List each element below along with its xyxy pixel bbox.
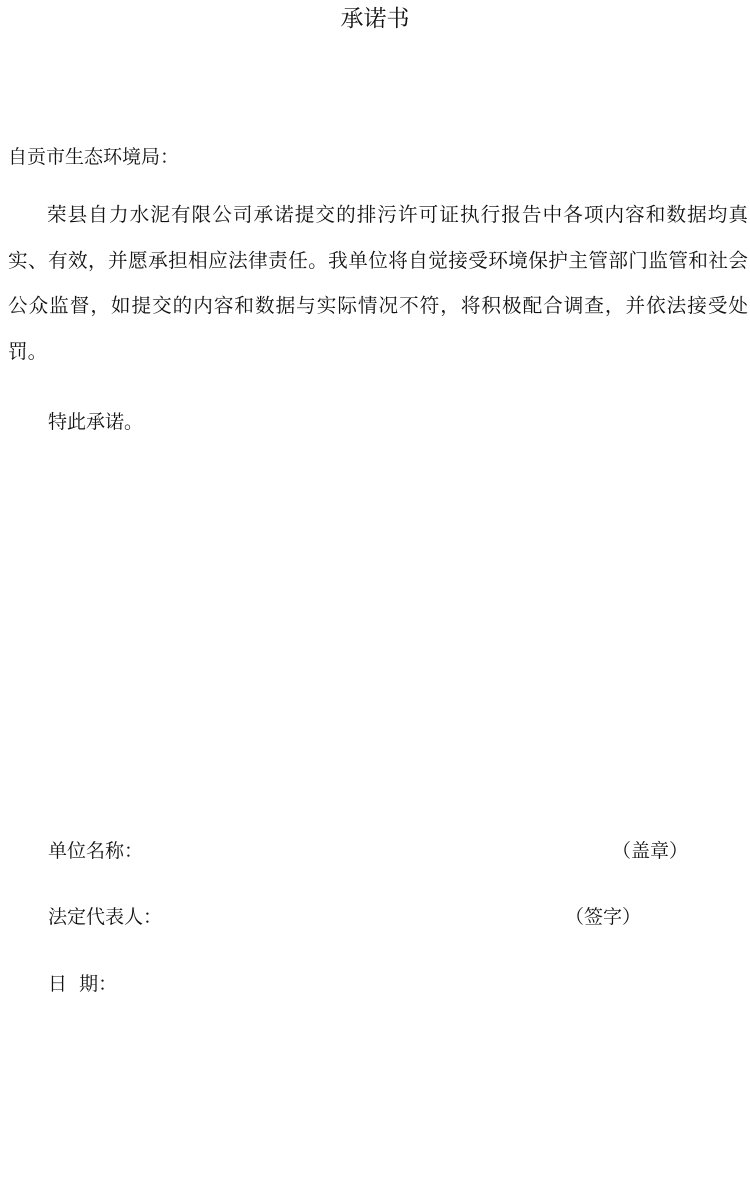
- signature-note: （签字）: [565, 903, 641, 931]
- date-label: 日 期：: [48, 970, 117, 998]
- unit-name-label: 单位名称：: [48, 837, 143, 865]
- legal-representative-label: 法定代表人：: [48, 903, 162, 931]
- seal-note: （盖章）: [612, 837, 688, 865]
- closing-line: 特此承诺。: [48, 408, 143, 436]
- document-title: 承诺书: [0, 4, 750, 34]
- salutation: 自贡市生态环境局：: [8, 143, 179, 171]
- commitment-body: 荣县自力水泥有限公司承诺提交的排污许可证执行报告中各项内容和数据均真实、有效，并…: [8, 192, 748, 374]
